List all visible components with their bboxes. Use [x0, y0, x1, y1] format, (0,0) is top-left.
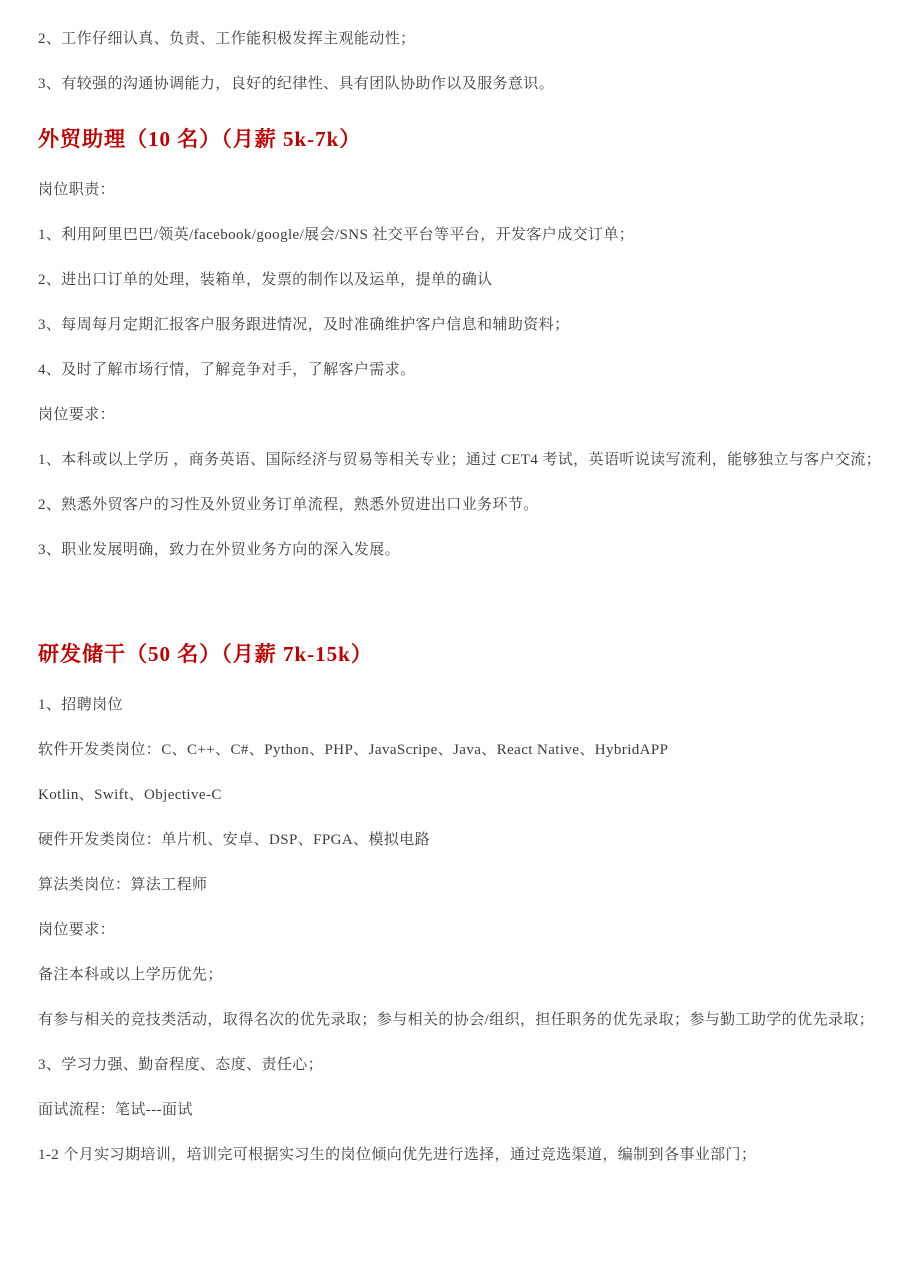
section-label-positions: 1、招聘岗位	[38, 694, 837, 716]
requirement-item: 有参与相关的竞技类活动，取得名次的优先录取；参与相关的协会/组织，担任职务的优先…	[38, 1009, 837, 1031]
document-page: 2、工作仔细认真、负责、工作能积极发挥主观能动性； 3、有较强的沟通协调能力，良…	[0, 0, 897, 1284]
position-category-algorithm: 算法类岗位：算法工程师	[38, 874, 837, 896]
requirement-item: 备注本科或以上学历优先；	[38, 964, 837, 986]
requirement-item: 2、熟悉外贸客户的习性及外贸业务订单流程，熟悉外贸进出口业务环节。	[38, 494, 837, 516]
intro-line: 3、有较强的沟通协调能力，良好的纪律性、具有团队协助作以及服务意识。	[38, 73, 837, 95]
interview-process-line: 面试流程：笔试---面试	[38, 1099, 837, 1121]
responsibility-item: 4、及时了解市场行情，了解竞争对手，了解客户需求。	[38, 359, 837, 381]
section-label-requirements: 岗位要求：	[38, 404, 837, 426]
job-title-rd-trainee: 研发储干（50 名）（月薪 7k-15k）	[38, 639, 837, 669]
position-category-hardware: 硬件开发类岗位：单片机、安卓、DSP、FPGA、模拟电路	[38, 829, 837, 851]
responsibility-item: 1、利用阿里巴巴/领英/facebook/google/展会/SNS 社交平台等…	[38, 224, 837, 246]
training-info-line: 1-2 个月实习期培训，培训完可根据实习生的岗位倾向优先进行选择，通过竞选渠道，…	[38, 1144, 837, 1166]
intro-line: 2、工作仔细认真、负责、工作能积极发挥主观能动性；	[38, 28, 837, 50]
position-category-software-cont: Kotlin、Swift、Objective-C	[38, 784, 837, 806]
responsibility-item: 3、每周每月定期汇报客户服务跟进情况，及时准确维护客户信息和辅助资料；	[38, 314, 837, 336]
job-title-foreign-trade-assistant: 外贸助理（10 名）（月薪 5k-7k）	[38, 124, 837, 154]
responsibility-item: 2、进出口订单的处理，装箱单，发票的制作以及运单，提单的确认	[38, 269, 837, 291]
requirement-item: 1、本科或以上学历 ，商务英语、国际经济与贸易等相关专业；通过 CET4 考试，…	[38, 449, 837, 471]
section-label-requirements: 岗位要求：	[38, 919, 837, 941]
requirement-item: 3、学习力强、勤奋程度、态度、责任心；	[38, 1054, 837, 1076]
position-category-software: 软件开发类岗位：C、C++、C#、Python、PHP、JavaScripe、J…	[38, 739, 837, 761]
requirement-item: 3、职业发展明确，致力在外贸业务方向的深入发展。	[38, 539, 837, 561]
section-label-responsibilities: 岗位职责：	[38, 179, 837, 201]
